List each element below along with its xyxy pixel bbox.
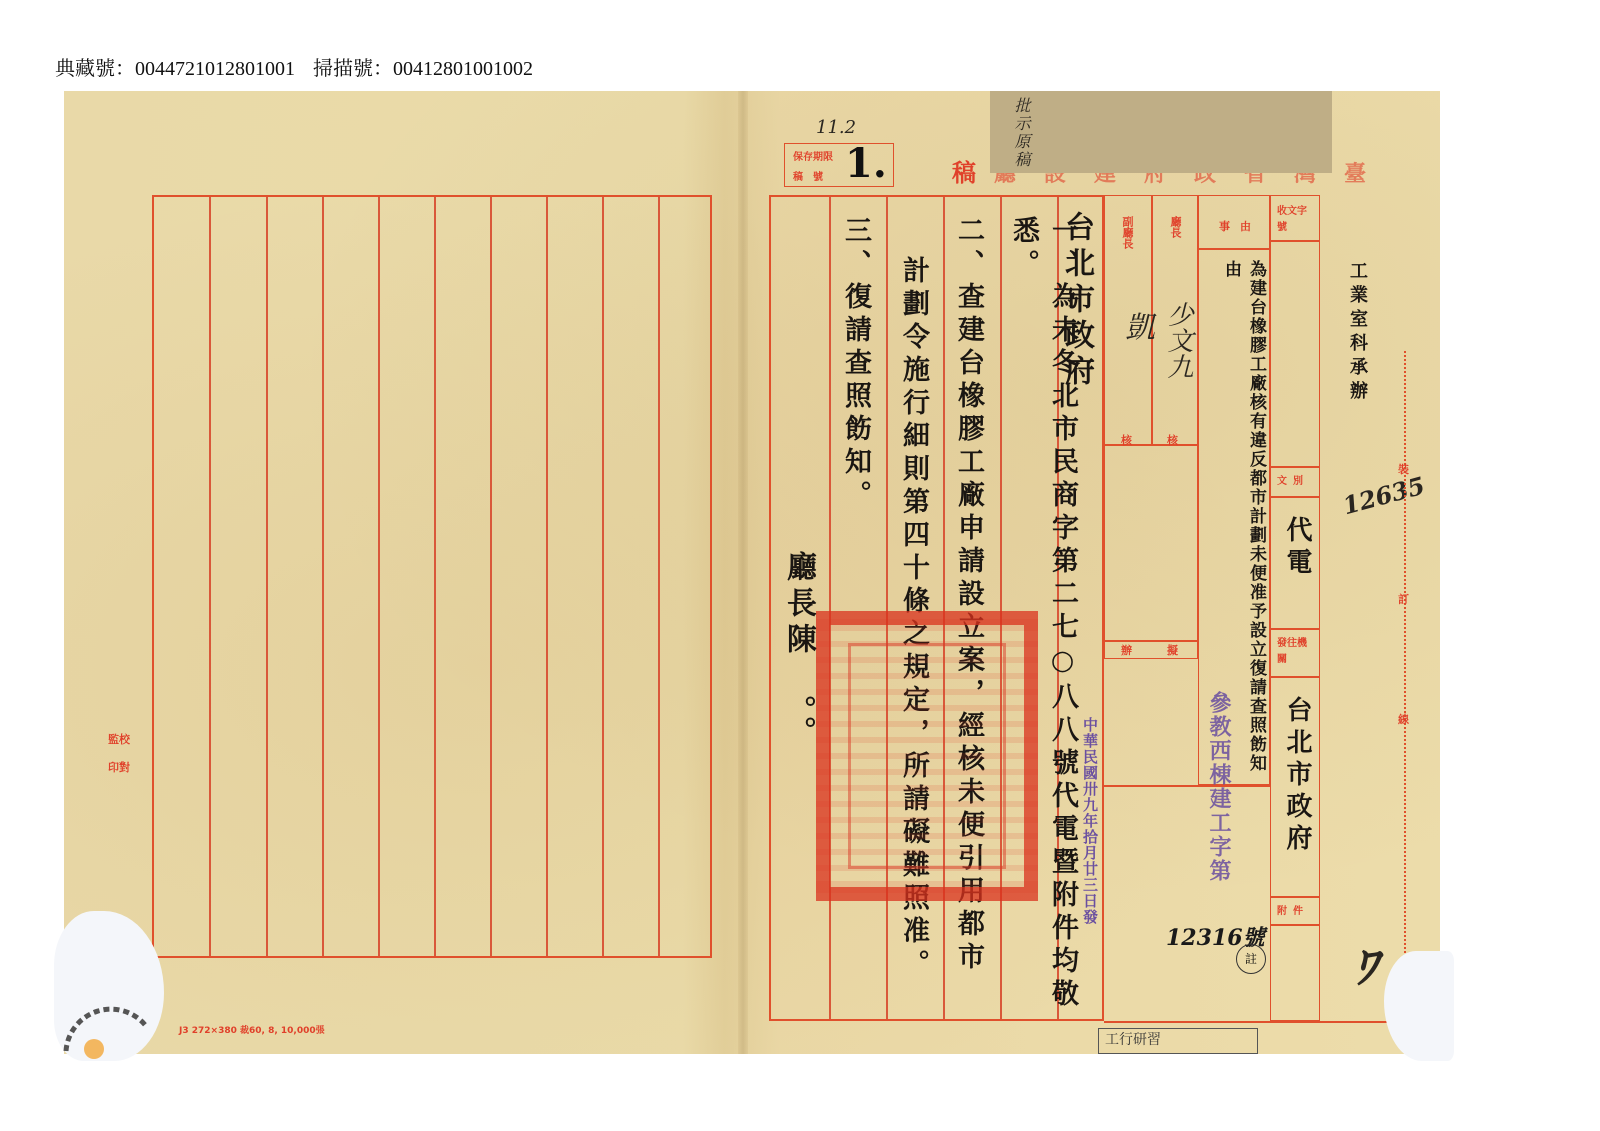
handwritten-mark: ﾜ [1354,931,1377,997]
director-signature: 少文九 [1160,301,1197,379]
archive-label: 典藏號： [55,58,135,80]
recipient: 台北市政府 [1279,696,1316,856]
meta-column: 收文字號 𠔌建字第一七三一六號 文別 代電 發往機關 台北市政府 附件 [1270,195,1320,1021]
department: 工業室科承辦 [1344,261,1370,405]
deputy-signature: 凱 [1114,311,1158,341]
left-page-grid [152,195,712,958]
proofread-label: 監校 [108,731,130,747]
doc-type: 代電 [1279,516,1316,580]
date-written: 𠔌年九月廿日 [1146,781,1166,895]
dispatch-stamp: 參教西棟建工字第 [1204,691,1235,883]
binding-line [1404,351,1406,1041]
form-print-code: J3 272×380 裁60, 8, 10,000張 [179,1023,325,1036]
scanned-document: 監校 印對 J3 272×380 裁60, 8, 10,000張 11.2 保存… [64,91,1440,1054]
doc-number: 𠔌建字第一七三一六號 [1279,252,1305,492]
official-seal [816,611,1038,901]
attached-note: 批示原稿 [990,91,1332,173]
seal-check-label: 印對 [108,759,130,775]
approval-box: 副廳長 廳長 核 核 辦 擬 [1104,195,1198,659]
archive-header: 典藏號：0044721012801001掃描號：00412801001002 [55,52,533,81]
archive-id: 0044721012801001 [135,58,295,80]
scan-label: 掃描號： [313,58,393,80]
margin-note-top: 11.2 [816,117,856,138]
bottom-stamp: 工行研習 [1098,1028,1258,1054]
retention-box: 保存期限 稿 號 1. [784,143,894,187]
body-point-3: 三、復請查照飭知。 [836,216,875,513]
signature: 廳長陳 。。 [776,551,820,752]
circle-mark: 註 [1236,944,1266,974]
archive-logo-icon [56,991,156,1061]
retention-mark: 1. [845,140,887,187]
form-title-char: 稿 [952,153,976,188]
margin-number: 12635 [1340,471,1428,521]
torn-corner-right [1384,951,1454,1061]
page-fold [738,91,748,1054]
date-stamp: 中華民國卅九年拾月廿三日發 [1080,717,1101,925]
scan-id: 00412801001002 [393,58,533,80]
